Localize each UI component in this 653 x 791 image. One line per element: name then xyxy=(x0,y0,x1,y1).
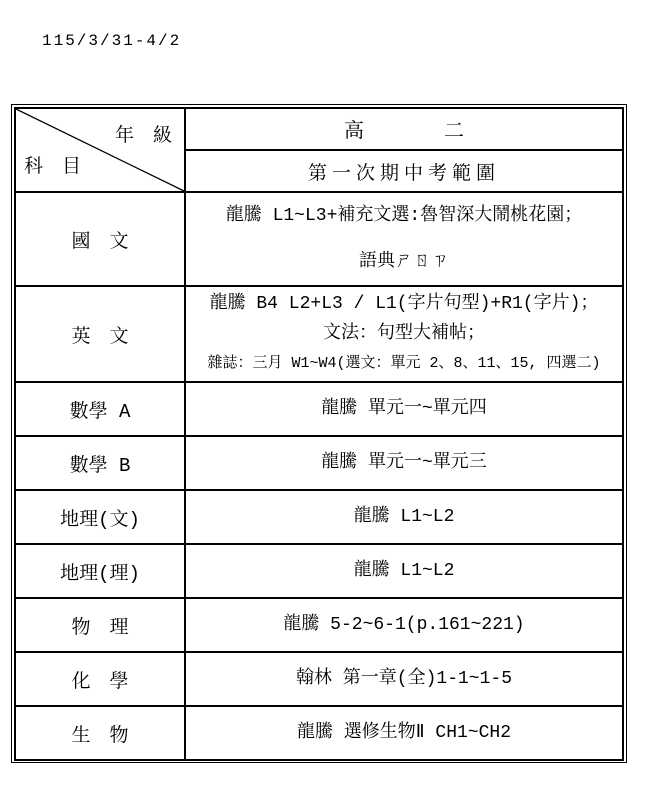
exam-table: 年 級 科 目 高 二 第一次期中考範圍 國 文 龍騰 L1~L3+補充文選:魯… xyxy=(14,107,624,761)
table-row-geography-lit: 地理(文) 龍騰 L1~L2 xyxy=(15,490,623,544)
scope-line: 龍騰 B4 L2+L3 / L1(字片句型)+R1(字片)； xyxy=(186,289,622,319)
subject-cell: 英 文 xyxy=(15,286,185,382)
grade-header: 高 二 xyxy=(185,108,623,150)
subject-cell: 國 文 xyxy=(15,192,185,286)
table-row-math-b: 數學 B 龍騰 單元一~單元三 xyxy=(15,436,623,490)
exam-scope-table: 年 級 科 目 高 二 第一次期中考範圍 國 文 龍騰 L1~L3+補充文選:魯… xyxy=(11,104,627,763)
table-row-english: 英 文 龍騰 B4 L2+L3 / L1(字片句型)+R1(字片)； 文法：句型… xyxy=(15,286,623,382)
corner-cell: 年 級 科 目 xyxy=(15,108,185,192)
scope-cell: 龍騰 L1~L2 xyxy=(185,544,623,598)
scope-cell: 龍騰 單元一~單元四 xyxy=(185,382,623,436)
scope-line: 龍騰 單元一~單元四 xyxy=(186,396,622,423)
scope-line: 龍騰 5-2~6-1(p.161~221) xyxy=(186,612,622,639)
scope-line: 龍騰 單元一~單元三 xyxy=(186,450,622,477)
header-row-grade: 年 級 科 目 高 二 xyxy=(15,108,623,150)
table-row-math-a: 數學 A 龍騰 單元一~單元四 xyxy=(15,382,623,436)
subject-cell: 生 物 xyxy=(15,706,185,760)
scope-line: 龍騰 L1~L2 xyxy=(186,504,622,531)
scope-cell: 翰林 第一章(全)1-1~1-5 xyxy=(185,652,623,706)
subject-cell: 化 學 xyxy=(15,652,185,706)
scope-line: 龍騰 L1~L2 xyxy=(186,558,622,585)
scope-cell: 龍騰 L1~L3+補充文選:魯智深大鬧桃花園； 語典ㄕㄖㄗ xyxy=(185,192,623,286)
date-range: 115/3/31-4/2 xyxy=(42,32,181,50)
corner-subject-label: 科 目 xyxy=(24,151,81,178)
subject-cell: 地理(理) xyxy=(15,544,185,598)
scope-line: 龍騰 選修生物Ⅱ CH1~CH2 xyxy=(186,720,622,747)
scope-cell: 龍騰 L1~L2 xyxy=(185,490,623,544)
scope-line: 語典ㄕㄖㄗ xyxy=(186,239,622,285)
scope-line: 翰林 第一章(全)1-1~1-5 xyxy=(186,666,622,693)
subject-cell: 數學 B xyxy=(15,436,185,490)
scope-line: 龍騰 L1~L3+補充文選:魯智深大鬧桃花園； xyxy=(186,193,622,239)
subject-cell: 地理(文) xyxy=(15,490,185,544)
subject-cell: 數學 A xyxy=(15,382,185,436)
scope-line: 雜誌：三月 W1~W4(選文：單元 2、8、11、15, 四選二) xyxy=(186,349,622,379)
table-row-chemistry: 化 學 翰林 第一章(全)1-1~1-5 xyxy=(15,652,623,706)
scope-cell: 龍騰 B4 L2+L3 / L1(字片句型)+R1(字片)； 文法：句型大補帖；… xyxy=(185,286,623,382)
subject-cell: 物 理 xyxy=(15,598,185,652)
corner-grade-label: 年 級 xyxy=(115,120,172,147)
table-row-geography-sci: 地理(理) 龍騰 L1~L2 xyxy=(15,544,623,598)
scope-cell: 龍騰 5-2~6-1(p.161~221) xyxy=(185,598,623,652)
exam-scope-header: 第一次期中考範圍 xyxy=(185,150,623,192)
scope-cell: 龍騰 選修生物Ⅱ CH1~CH2 xyxy=(185,706,623,760)
table-row-biology: 生 物 龍騰 選修生物Ⅱ CH1~CH2 xyxy=(15,706,623,760)
scope-cell: 龍騰 單元一~單元三 xyxy=(185,436,623,490)
scope-line: 文法：句型大補帖； xyxy=(186,319,622,349)
table-row-physics: 物 理 龍騰 5-2~6-1(p.161~221) xyxy=(15,598,623,652)
table-row-chinese: 國 文 龍騰 L1~L3+補充文選:魯智深大鬧桃花園； 語典ㄕㄖㄗ xyxy=(15,192,623,286)
